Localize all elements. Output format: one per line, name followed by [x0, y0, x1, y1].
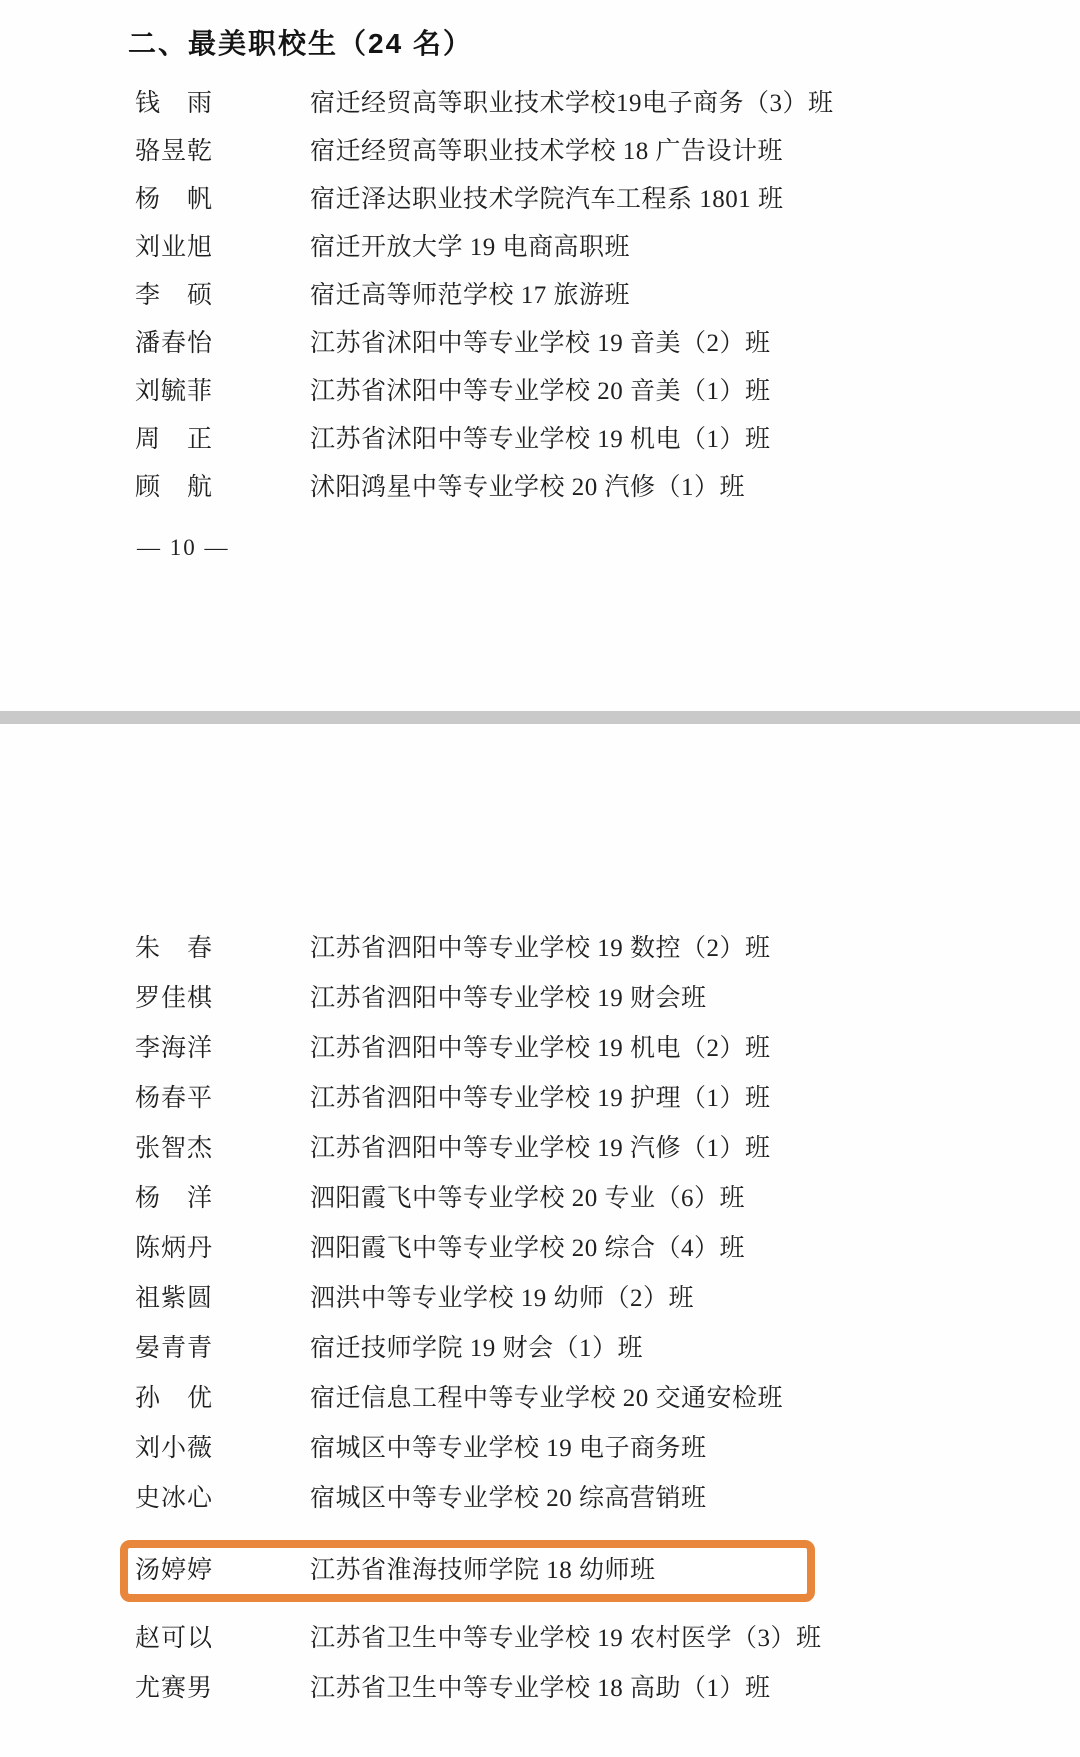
section-title: 二、最美职校生（24 名） [128, 22, 473, 62]
student-school-class: 江苏省泗阳中等专业学校 19 机电（2）班 [310, 1035, 1080, 1062]
student-row: 刘业旭 宿迁开放大学 19 电商高职班 [0, 234, 1080, 282]
student-row: 朱 春 江苏省泗阳中等专业学校 19 数控（2）班 [0, 935, 1080, 985]
student-name: 周 正 [135, 426, 310, 453]
student-name: 晏青青 [135, 1335, 310, 1362]
student-name: 张智杰 [135, 1135, 310, 1162]
student-school-class: 江苏省卫生中等专业学校 19 农村医学（3）班 [310, 1625, 1080, 1652]
student-school-class: 宿迁高等师范学校 17 旅游班 [310, 282, 1080, 309]
student-school-class: 泗阳霞飞中等专业学校 20 专业（6）班 [310, 1185, 1080, 1212]
student-row: 刘小薇 宿城区中等专业学校 19 电子商务班 [0, 1435, 1080, 1485]
student-school-class: 宿迁技师学院 19 财会（1）班 [310, 1335, 1080, 1362]
student-row: 晏青青 宿迁技师学院 19 财会（1）班 [0, 1335, 1080, 1385]
student-school-class: 宿城区中等专业学校 19 电子商务班 [310, 1435, 1080, 1462]
student-row: 李海洋 江苏省泗阳中等专业学校 19 机电（2）班 [0, 1035, 1080, 1085]
student-school-class: 泗阳霞飞中等专业学校 20 综合（4）班 [310, 1235, 1080, 1262]
student-school-class: 江苏省泗阳中等专业学校 19 汽修（1）班 [310, 1135, 1080, 1162]
student-school-class: 宿迁泽达职业技术学院汽车工程系 1801 班 [310, 186, 1080, 213]
student-school-class: 江苏省泗阳中等专业学校 19 财会班 [310, 985, 1080, 1012]
student-row: 钱 雨 宿迁经贸高等职业技术学校19电子商务（3）班 [0, 90, 1080, 138]
student-name: 潘春怡 [135, 330, 310, 357]
student-school-class: 宿迁信息工程中等专业学校 20 交通安检班 [310, 1385, 1080, 1412]
student-school-class: 宿迁经贸高等职业技术学校19电子商务（3）班 [310, 90, 1080, 117]
student-row: 杨春平 江苏省泗阳中等专业学校 19 护理（1）班 [0, 1085, 1080, 1135]
student-school-class: 江苏省泗阳中等专业学校 19 护理（1）班 [310, 1085, 1080, 1112]
student-name: 顾 航 [135, 474, 310, 501]
student-name: 杨 帆 [135, 186, 310, 213]
highlighted-student-row: 汤婷婷 江苏省淮海技师学院 18 幼师班 [128, 1548, 807, 1584]
student-row: 杨 洋 泗阳霞飞中等专业学校 20 专业（6）班 [0, 1185, 1080, 1235]
student-name: 杨 洋 [135, 1185, 310, 1212]
page2-student-list-upper: 朱 春 江苏省泗阳中等专业学校 19 数控（2）班 罗佳棋 江苏省泗阳中等专业学… [0, 935, 1080, 1535]
page-2: 朱 春 江苏省泗阳中等专业学校 19 数控（2）班 罗佳棋 江苏省泗阳中等专业学… [0, 724, 1080, 1757]
student-name: 李 硕 [135, 282, 310, 309]
student-school-class: 江苏省淮海技师学院 18 幼师班 [310, 1557, 807, 1584]
student-name: 骆昱乾 [135, 138, 310, 165]
student-school-class: 宿迁经贸高等职业技术学校 18 广告设计班 [310, 138, 1080, 165]
student-name: 汤婷婷 [135, 1557, 310, 1584]
page2-student-list-lower: 赵可以 江苏省卫生中等专业学校 19 农村医学（3）班 尤赛男 江苏省卫生中等专… [0, 1625, 1080, 1725]
student-row: 孙 优 宿迁信息工程中等专业学校 20 交通安检班 [0, 1385, 1080, 1435]
student-row: 骆昱乾 宿迁经贸高等职业技术学校 18 广告设计班 [0, 138, 1080, 186]
student-name: 祖紫圆 [135, 1285, 310, 1312]
student-school-class: 江苏省泗阳中等专业学校 19 数控（2）班 [310, 935, 1080, 962]
student-name: 赵可以 [135, 1625, 310, 1652]
student-school-class: 宿城区中等专业学校 20 综高营销班 [310, 1485, 1080, 1512]
student-school-class: 宿迁开放大学 19 电商高职班 [310, 234, 1080, 261]
student-row: 祖紫圆 泗洪中等专业学校 19 幼师（2）班 [0, 1285, 1080, 1335]
student-name: 刘毓菲 [135, 378, 310, 405]
student-name: 杨春平 [135, 1085, 310, 1112]
student-name: 钱 雨 [135, 90, 310, 117]
student-row: 陈炳丹 泗阳霞飞中等专业学校 20 综合（4）班 [0, 1235, 1080, 1285]
student-name: 陈炳丹 [135, 1235, 310, 1262]
student-name: 李海洋 [135, 1035, 310, 1062]
student-row: 赵可以 江苏省卫生中等专业学校 19 农村医学（3）班 [0, 1625, 1080, 1675]
student-name: 刘小薇 [135, 1435, 310, 1462]
student-row: 张智杰 江苏省泗阳中等专业学校 19 汽修（1）班 [0, 1135, 1080, 1185]
student-school-class: 江苏省沭阳中等专业学校 20 音美（1）班 [310, 378, 1080, 405]
student-school-class: 泗洪中等专业学校 19 幼师（2）班 [310, 1285, 1080, 1312]
page1-student-list: 钱 雨 宿迁经贸高等职业技术学校19电子商务（3）班 骆昱乾 宿迁经贸高等职业技… [0, 90, 1080, 522]
student-school-class: 江苏省卫生中等专业学校 18 高助（1）班 [310, 1675, 1080, 1702]
student-row: 史冰心 宿城区中等专业学校 20 综高营销班 [0, 1485, 1080, 1535]
student-row: 顾 航 沭阳鸿星中等专业学校 20 汽修（1）班 [0, 474, 1080, 522]
page-number: — 10 — [137, 535, 230, 561]
student-school-class: 江苏省沭阳中等专业学校 19 机电（1）班 [310, 426, 1080, 453]
student-school-class: 江苏省沭阳中等专业学校 19 音美（2）班 [310, 330, 1080, 357]
page-break-divider [0, 711, 1080, 724]
highlight-box: 汤婷婷 江苏省淮海技师学院 18 幼师班 [120, 1540, 815, 1602]
student-row: 罗佳棋 江苏省泗阳中等专业学校 19 财会班 [0, 985, 1080, 1035]
student-name: 朱 春 [135, 935, 310, 962]
page-1: 二、最美职校生（24 名） 钱 雨 宿迁经贸高等职业技术学校19电子商务（3）班… [0, 0, 1080, 711]
student-name: 刘业旭 [135, 234, 310, 261]
student-row: 周 正 江苏省沭阳中等专业学校 19 机电（1）班 [0, 426, 1080, 474]
student-name: 孙 优 [135, 1385, 310, 1412]
student-row: 刘毓菲 江苏省沭阳中等专业学校 20 音美（1）班 [0, 378, 1080, 426]
student-name: 史冰心 [135, 1485, 310, 1512]
student-name: 罗佳棋 [135, 985, 310, 1012]
student-row: 李 硕 宿迁高等师范学校 17 旅游班 [0, 282, 1080, 330]
student-row: 潘春怡 江苏省沭阳中等专业学校 19 音美（2）班 [0, 330, 1080, 378]
student-school-class: 沭阳鸿星中等专业学校 20 汽修（1）班 [310, 474, 1080, 501]
student-row: 尤赛男 江苏省卫生中等专业学校 18 高助（1）班 [0, 1675, 1080, 1725]
student-row: 杨 帆 宿迁泽达职业技术学院汽车工程系 1801 班 [0, 186, 1080, 234]
student-name: 尤赛男 [135, 1675, 310, 1702]
